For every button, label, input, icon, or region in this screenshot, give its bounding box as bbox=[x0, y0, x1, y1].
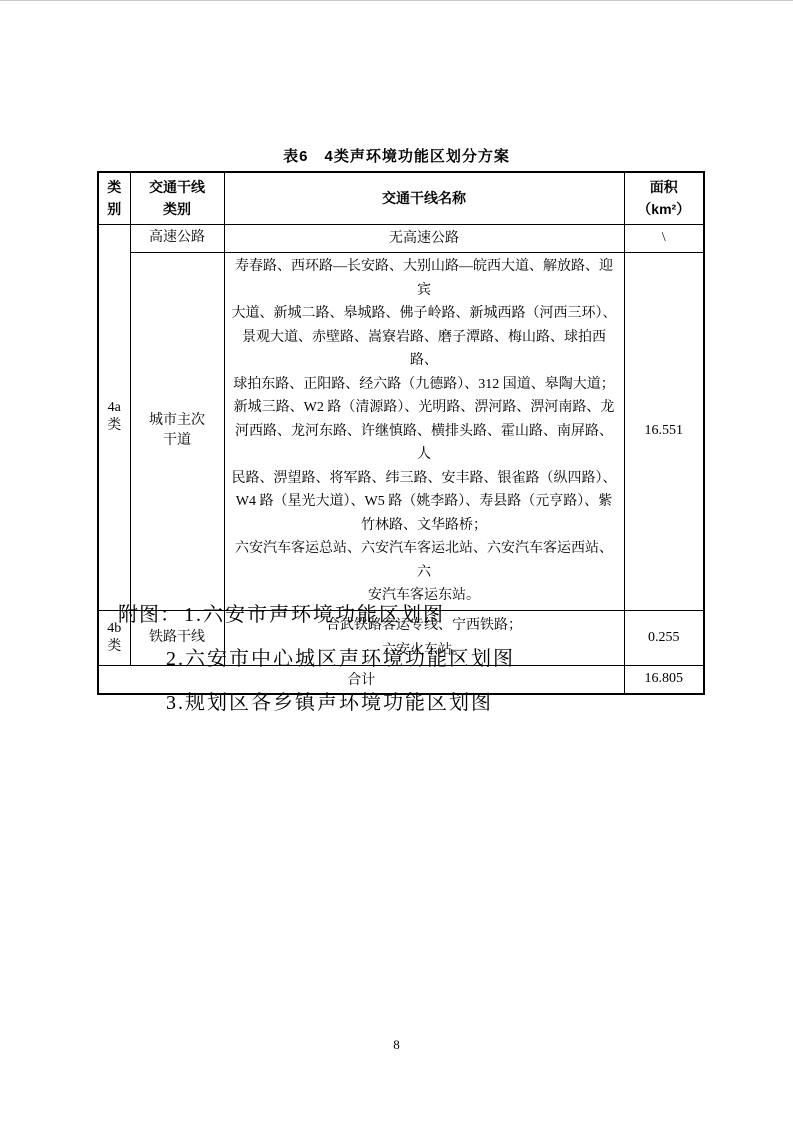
trunk-name-urban-roads: 寿春路、西环路—长安路、大别山路—皖西大道、解放路、迎宾 大道、新城二路、皋城路… bbox=[224, 253, 624, 611]
table-title: 表6 4类声环境功能区划分方案 bbox=[0, 145, 793, 166]
attachment-line-1: 附图：1.六安市声环境功能区划图 bbox=[118, 593, 515, 637]
trunk-type-urban-roads: 城市主次 干道 bbox=[130, 253, 224, 611]
area-railway: 0.255 bbox=[624, 610, 704, 665]
trunk-name-highway: 无高速公路 bbox=[224, 224, 624, 253]
area-urban-roads: 16.551 bbox=[624, 253, 704, 611]
header-area-line2: （km²） bbox=[627, 198, 702, 220]
attachment-item-2: 2.六安市中心城区声环境功能区划图 bbox=[166, 648, 515, 670]
attachments-label: 附图： bbox=[118, 604, 181, 626]
attachment-item-3: 3.规划区各乡镇声环境功能区划图 bbox=[166, 692, 493, 714]
page-number: 8 bbox=[0, 1037, 793, 1053]
document-page: 表6 4类声环境功能区划分方案 类 别 交通干线 类别 交通干线名称 面积 （k… bbox=[0, 0, 793, 1122]
trunk-type-highway: 高速公路 bbox=[130, 224, 224, 253]
table-row-4a-highway: 4a 类 高速公路 无高速公路 \ bbox=[98, 224, 704, 253]
header-area-line1: 面积 bbox=[627, 176, 702, 198]
category-cell-4a: 4a 类 bbox=[98, 224, 130, 610]
table-header-row: 类 别 交通干线 类别 交通干线名称 面积 （km²） bbox=[98, 172, 704, 224]
header-trunk-type: 交通干线 类别 bbox=[130, 172, 224, 224]
header-area: 面积 （km²） bbox=[624, 172, 704, 224]
header-trunk-name: 交通干线名称 bbox=[224, 172, 624, 224]
attachment-line-3: 3.规划区各乡镇声环境功能区划图 bbox=[118, 681, 515, 725]
table-row-4a-urban-roads: 城市主次 干道 寿春路、西环路—长安路、大别山路—皖西大道、解放路、迎宾 大道、… bbox=[98, 253, 704, 611]
total-area: 16.805 bbox=[624, 665, 704, 694]
area-highway: \ bbox=[624, 224, 704, 253]
attachment-item-1: 1.六安市声环境功能区划图 bbox=[184, 604, 445, 626]
header-category: 类 别 bbox=[98, 172, 130, 224]
attachment-line-2: 2.六安市中心城区声环境功能区划图 bbox=[118, 637, 515, 681]
attachment-figure-list: 附图：1.六安市声环境功能区划图 2.六安市中心城区声环境功能区划图 3.规划区… bbox=[118, 593, 515, 725]
